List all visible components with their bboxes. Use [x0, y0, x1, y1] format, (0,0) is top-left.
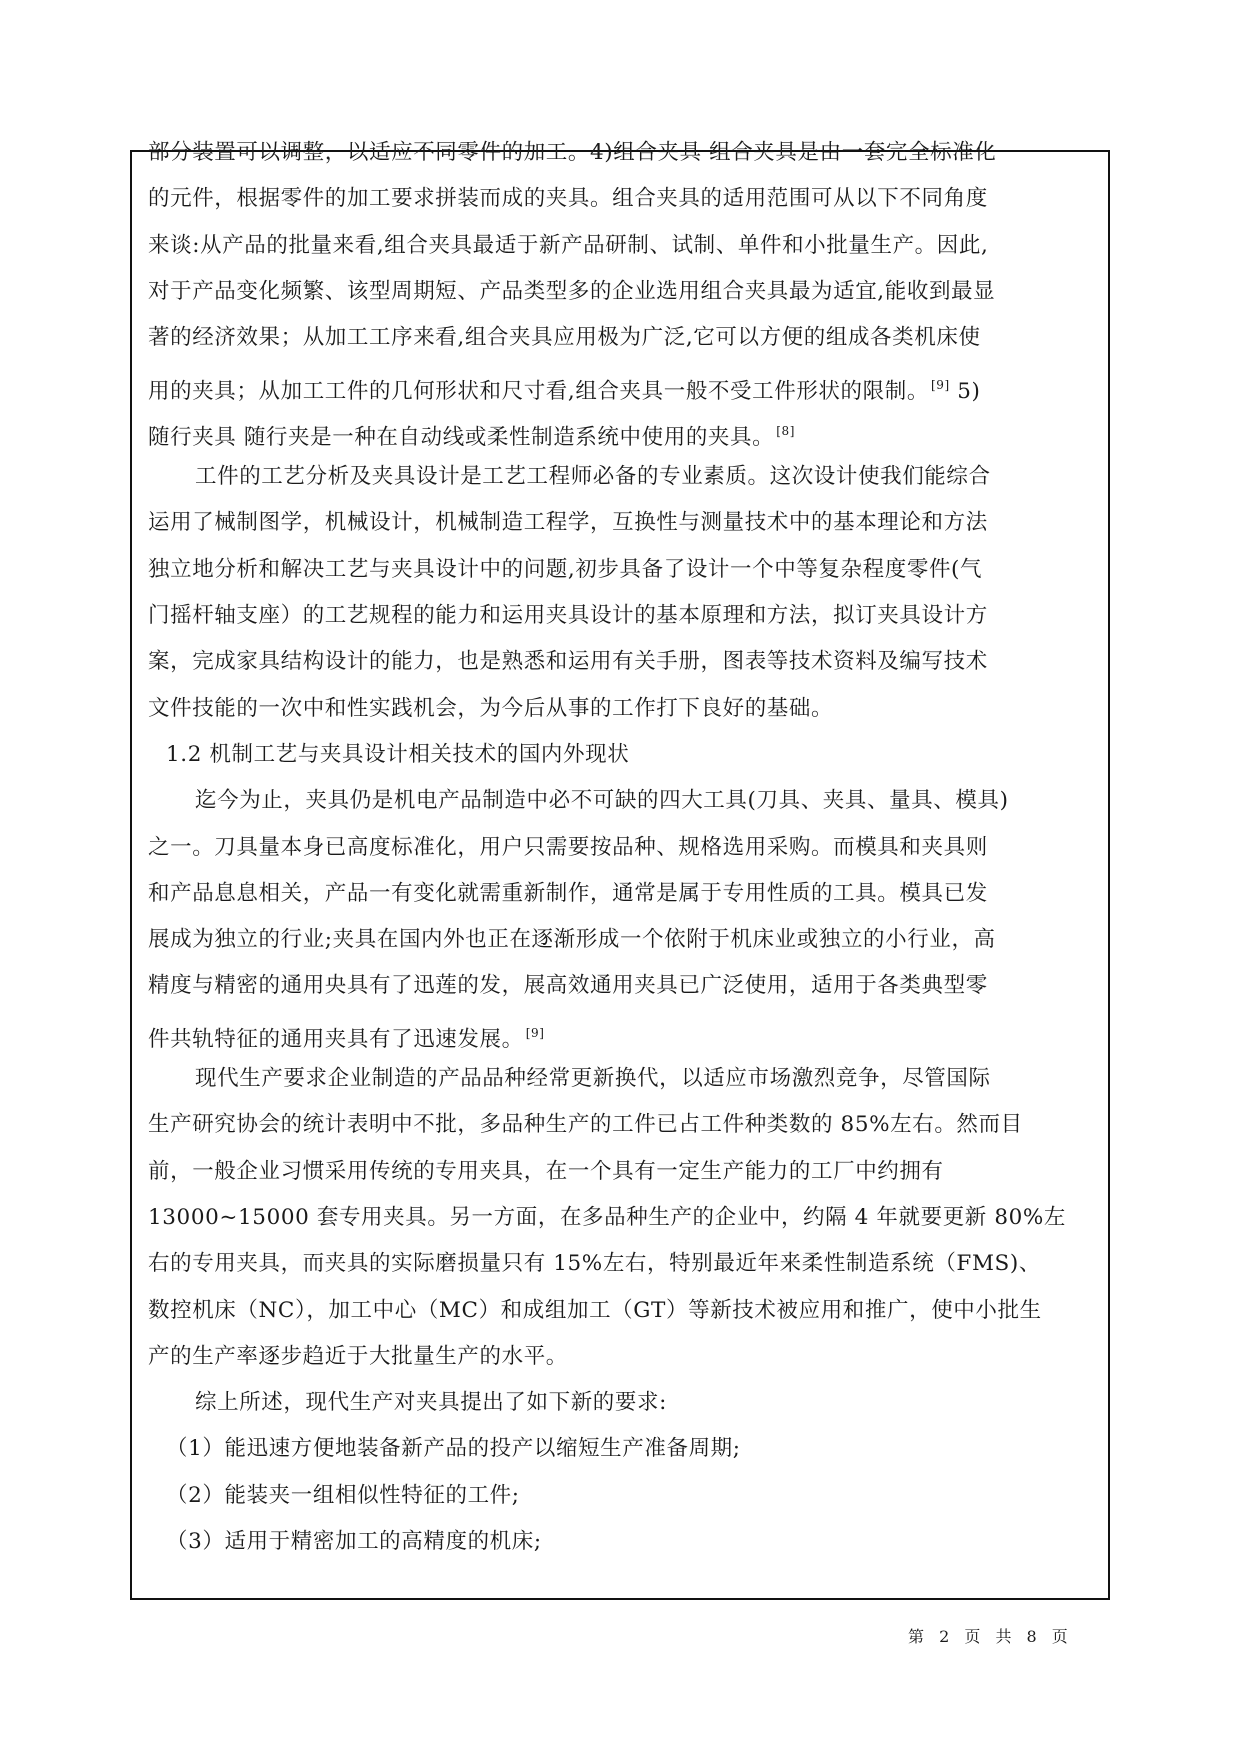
- list-item: （1）能迅速方便地装备新产品的投产以缩短生产准备周期;: [166, 1434, 741, 1464]
- page-number: 第 2 页 共 8 页: [908, 1624, 1073, 1647]
- text-line: 部分装置可以调整，以适应不同零件的加工。4)组合夹具 组合夹具是由一套完全标准化: [148, 138, 996, 168]
- text-line: 文件技能的一次中和性实践机会，为今后从事的工作打下良好的基础。: [148, 694, 833, 724]
- text-line: 来谈:从产品的批量来看,组合夹具最适于新产品研制、试制、单件和小批量生产。因此,: [148, 231, 988, 261]
- text-line: 精度与精密的通用央具有了迅莲的发，展高效通用夹具已广泛使用，适用于各类典型零: [148, 971, 988, 1001]
- paragraph-start: 现代生产要求企业制造的产品品种经常更新换代，以适应市场激烈竞争，尽管国际: [195, 1064, 991, 1094]
- citation: [8]: [776, 424, 795, 438]
- text-line: 前，一般企业习惯采用传统的专用夹具，在一个具有一定生产能力的工厂中约拥有: [148, 1157, 944, 1187]
- list-item: （3）适用于精密加工的高精度的机床;: [166, 1527, 542, 1557]
- citation: [9]: [931, 378, 950, 392]
- text-line: 生产研究协会的统计表明中不批，多品种生产的工件已占工件种类数的 85%左右。然而…: [148, 1110, 1023, 1140]
- paragraph-start: 迄今为止，夹具仍是机电产品制造中必不可缺的四大工具(刀具、夹具、量具、模具): [195, 786, 1009, 816]
- text-line: 件共轨特征的通用夹具有了迅速发展。[9]: [148, 1018, 545, 1055]
- text-line: 运用了械制图学，机械设计，机械制造工程学，互换性与测量技术中的基本理论和方法: [148, 508, 988, 538]
- text-line: 对于产品变化频繁、该型周期短、产品类型多的企业选用组合夹具最为适宜,能收到最显: [148, 277, 995, 307]
- paragraph-start: 综上所述，现代生产对夹具提出了如下新的要求:: [195, 1388, 667, 1418]
- text-line: 独立地分析和解决工艺与夹具设计中的问题,初步具备了设计一个中等复杂程度零件(气: [148, 555, 982, 585]
- citation: [9]: [526, 1026, 545, 1040]
- text-line: 随行夹具 随行夹是一种在自动线或柔性制造系统中使用的夹具。[8]: [148, 416, 795, 453]
- text-line: 用的夹具；从加工工件的几何形状和尺寸看,组合夹具一般不受工件形状的限制。[9] …: [148, 370, 980, 407]
- text-line: 和产品息息相关，产品一有变化就需重新制作，通常是属于专用性质的工具。模具已发: [148, 879, 988, 909]
- text-line: 门摇杆轴支座）的工艺规程的能力和运用夹具设计的基本原理和方法，拟订夹具设计方: [148, 601, 988, 631]
- text-line: 案，完成家具结构设计的能力，也是熟悉和运用有关手册，图表等技术资料及编写技术: [148, 647, 988, 677]
- text-line: 产的生产率逐步趋近于大批量生产的水平。: [148, 1342, 568, 1372]
- text-line: 著的经济效果；从加工工序来看,组合夹具应用极为广泛,它可以方便的组成各类机床使: [148, 323, 981, 353]
- section-heading: 1.2 机制工艺与夹具设计相关技术的国内外现状: [166, 740, 629, 770]
- text-line: 展成为独立的行业;夹具在国内外也正在逐渐形成一个依附于机床业或独立的小行业，高: [148, 925, 996, 955]
- text-line: 13000~15000 套专用夹具。另一方面，在多品种生产的企业中，约隔 4 年…: [148, 1203, 1066, 1233]
- content-frame: [130, 150, 1110, 1600]
- text-line: 的元件，根据零件的加工要求拼装而成的夹具。组合夹具的适用范围可从以下不同角度: [148, 184, 988, 214]
- text-line: 数控机床（NC），加工中心（MC）和成组加工（GT）等新技术被应用和推广，使中小…: [148, 1296, 1042, 1326]
- text-line: 右的专用夹具，而夹具的实际磨损量只有 15%左右，特别最近年来柔性制造系统（FM…: [148, 1249, 1041, 1279]
- paragraph-start: 工件的工艺分析及夹具设计是工艺工程师必备的专业素质。这次设计使我们能综合: [195, 462, 991, 492]
- list-item: （2）能装夹一组相似性特征的工件;: [166, 1481, 520, 1511]
- text-line: 之一。刀具量本身已高度标准化，用户只需要按品种、规格选用采购。而模具和夹具则: [148, 833, 988, 863]
